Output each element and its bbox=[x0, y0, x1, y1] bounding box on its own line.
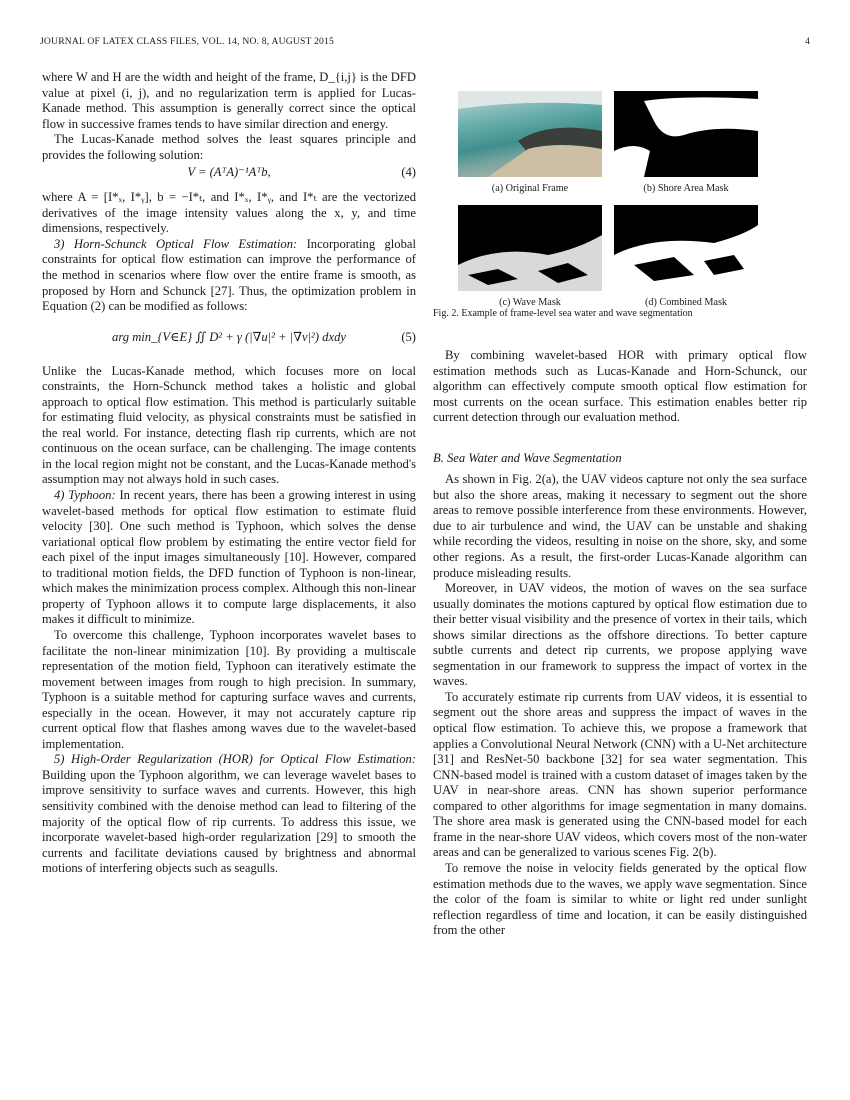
shore-area-mask-image bbox=[614, 91, 758, 177]
equation-body: V = (AᵀA)⁻¹Aᵀb, bbox=[187, 165, 270, 179]
subsection-title: 4) Typhoon: bbox=[54, 488, 116, 502]
paragraph: To accurately estimate rip currents from… bbox=[433, 690, 807, 861]
figure-panel-d: (d) Combined Mask bbox=[614, 205, 758, 308]
section-title: B. Sea Water and Wave Segmentation bbox=[433, 451, 807, 467]
subsection-horn-schunck: 3) Horn-Schunck Optical Flow Estimation:… bbox=[42, 237, 416, 315]
figure-panel-a: (a) Original Frame bbox=[458, 91, 602, 194]
panel-caption: (a) Original Frame bbox=[458, 183, 602, 194]
subsection-hor: 5) High-Order Regularization (HOR) for O… bbox=[42, 752, 416, 876]
panel-caption: (c) Wave Mask bbox=[458, 297, 602, 308]
equation-number: (4) bbox=[401, 165, 416, 181]
page-number: 4 bbox=[805, 36, 810, 47]
equation-body: arg min_{V∈E} ∬ D² + γ (|∇u|² + |∇v|²) d… bbox=[112, 330, 346, 344]
subsection-text: Building upon the Typhoon algorithm, we … bbox=[42, 768, 416, 875]
figure-caption: Fig. 2. Example of frame-level sea water… bbox=[433, 308, 813, 319]
subsection-title: 3) Horn-Schunck Optical Flow Estimation: bbox=[54, 237, 297, 251]
journal-name: JOURNAL OF LATEX CLASS FILES, VOL. 14, N… bbox=[40, 36, 334, 47]
paragraph: The Lucas-Kanade method solves the least… bbox=[42, 132, 416, 163]
paragraph: Moreover, in UAV videos, the motion of w… bbox=[433, 581, 807, 690]
equation-4: V = (AᵀA)⁻¹Aᵀb, (4) bbox=[42, 165, 416, 187]
wave-mask-image bbox=[458, 205, 602, 291]
subsection-title: 5) High-Order Regularization (HOR) for O… bbox=[54, 752, 416, 766]
original-frame-image bbox=[458, 91, 602, 177]
combined-mask-image bbox=[614, 205, 758, 291]
subsection-typhoon: 4) Typhoon: In recent years, there has b… bbox=[42, 488, 416, 628]
left-column: where W and H are the width and height o… bbox=[42, 70, 416, 877]
equation-number: (5) bbox=[401, 317, 416, 357]
figure-2: (a) Original Frame (b) Shore Area Mask (… bbox=[448, 88, 768, 324]
panel-caption: (b) Shore Area Mask bbox=[614, 183, 758, 194]
running-header: JOURNAL OF LATEX CLASS FILES, VOL. 14, N… bbox=[40, 36, 810, 50]
paragraph: where W and H are the width and height o… bbox=[42, 70, 416, 132]
equation-5: arg min_{V∈E} ∬ D² + γ (|∇u|² + |∇v|²) d… bbox=[42, 317, 416, 361]
subsection-text: In recent years, there has been a growin… bbox=[42, 488, 416, 626]
paragraph: To overcome this challenge, Typhoon inco… bbox=[42, 628, 416, 752]
figure-panel-b: (b) Shore Area Mask bbox=[614, 91, 758, 194]
right-column: By combining wavelet-based HOR with prim… bbox=[433, 348, 807, 939]
panel-caption: (d) Combined Mask bbox=[614, 297, 758, 308]
paragraph: By combining wavelet-based HOR with prim… bbox=[433, 348, 807, 426]
paragraph: To remove the noise in velocity fields g… bbox=[433, 861, 807, 939]
figure-panel-c: (c) Wave Mask bbox=[458, 205, 602, 308]
paragraph: Unlike the Lucas-Kanade method, which fo… bbox=[42, 364, 416, 488]
paragraph: where A = [I*ₓ, I*ᵧ], b = −I*ₜ, and I*ₓ,… bbox=[42, 190, 416, 237]
paragraph: As shown in Fig. 2(a), the UAV videos ca… bbox=[433, 472, 807, 581]
